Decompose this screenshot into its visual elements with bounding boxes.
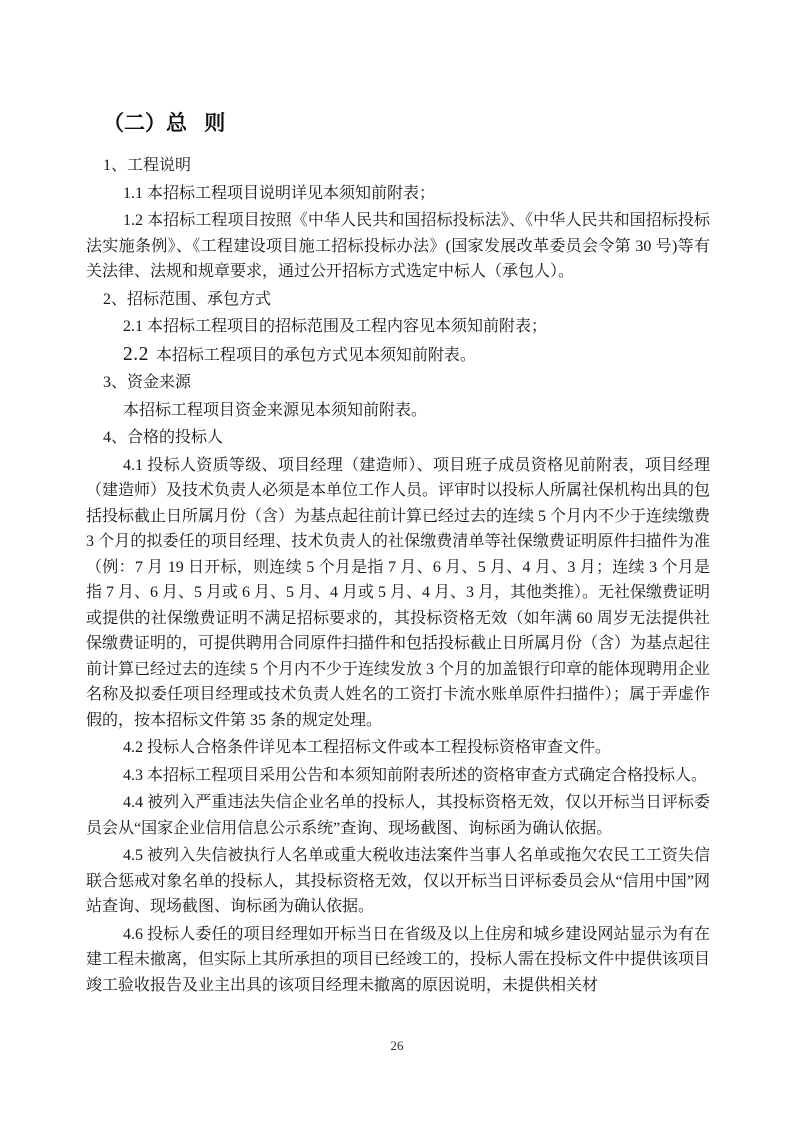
clause-4-6: 4.6 投标人委任的项目经理如开标当日在省级及以上住房和城乡建设网站显示为有在建…	[86, 922, 710, 999]
clause-2-2-number: 2.2	[123, 344, 149, 365]
clause-4-2: 4.2 投标人合格条件详见本工程招标文件或本工程投标资格审查文件。	[86, 735, 710, 761]
clause-1-2: 1.2 本招标工程项目按照《中华人民共和国招标投标法》、《中华人民共和国招标投标…	[86, 208, 710, 285]
document-page: （二）总 则 1、工程说明 1.1 本招标工程项目说明详见本须知前附表； 1.2…	[0, 0, 794, 1122]
clause-4-4: 4.4 被列入严重违法失信企业名单的投标人，其投标资格无效，仅以开标当日评标委员…	[86, 790, 710, 841]
document-body: （二）总 则 1、工程说明 1.1 本招标工程项目说明详见本须知前附表； 1.2…	[86, 108, 710, 1000]
heading-1-project-description: 1、工程说明	[86, 153, 710, 179]
heading-2-bid-scope: 2、招标范围、承包方式	[86, 287, 710, 313]
heading-3-funding-source: 3、资金来源	[86, 370, 710, 396]
clause-1-1: 1.1 本招标工程项目说明详见本须知前附表；	[86, 181, 710, 207]
page-number: 26	[0, 1038, 794, 1054]
heading-4-qualified-bidders: 4、合格的投标人	[86, 425, 710, 451]
clause-4-5: 4.5 被列入失信被执行人名单或重大税收违法案件当事人名单或拖欠农民工工资失信联…	[86, 843, 710, 920]
clause-2-1: 2.1 本招标工程项目的招标范围及工程内容见本须知前附表；	[86, 314, 710, 340]
section-title: （二）总 则	[86, 108, 710, 138]
clause-2-2-text: 本招标工程项目的承包方式见本须知前附表。	[156, 347, 476, 364]
clause-2-2: 2.2本招标工程项目的承包方式见本须知前附表。	[86, 342, 710, 369]
clause-4-3: 4.3 本招标工程项目采用公告和本须知前附表所述的资格审查方式确定合格投标人。	[86, 763, 710, 789]
clause-4-1: 4.1 投标人资质等级、项目经理（建造师）、项目班子成员资格见前附表，项目经理（…	[86, 453, 710, 734]
clause-3-body: 本招标工程项目资金来源见本须知前附表。	[86, 398, 710, 424]
